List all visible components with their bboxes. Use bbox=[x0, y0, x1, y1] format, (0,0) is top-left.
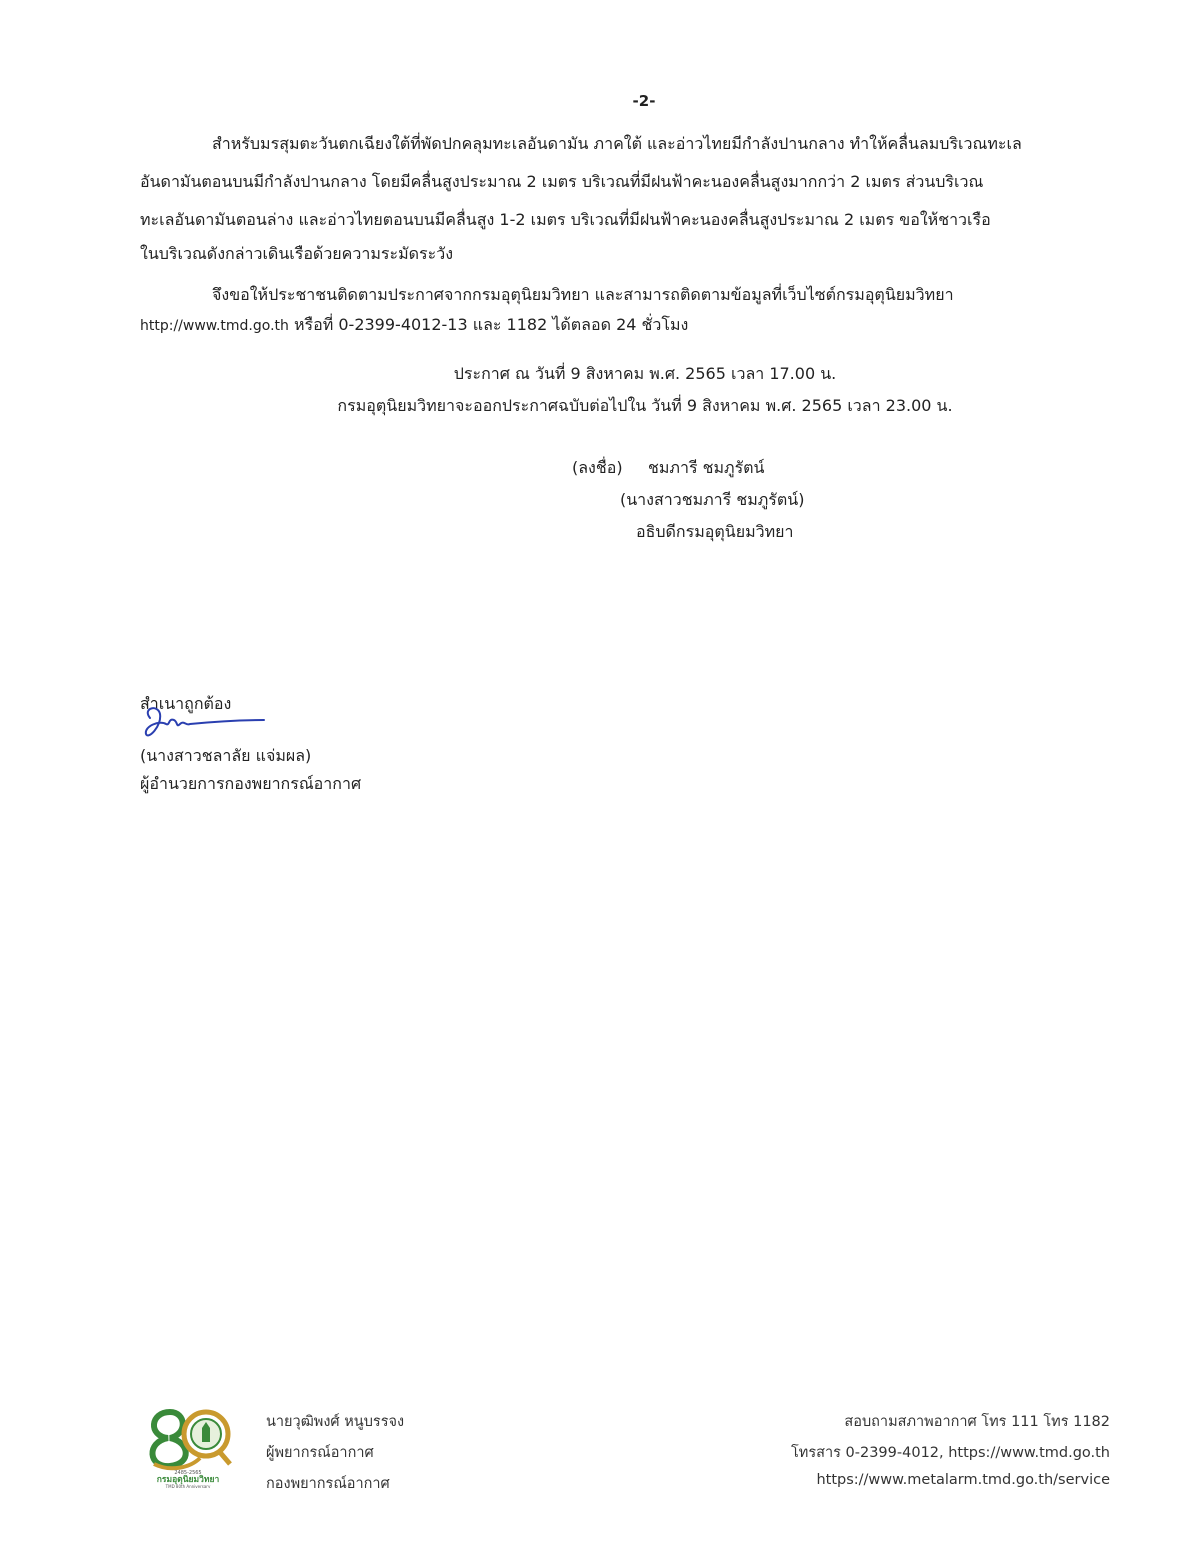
signed-label: (ลงชื่อ) bbox=[572, 456, 623, 481]
signed-name: ชมภารี ชมภูรัตน์ bbox=[648, 456, 765, 481]
paragraph-line: ในบริเวณดังกล่าวเดินเรือด้วยความระมัดระว… bbox=[140, 244, 453, 264]
signatory-full-name: (นางสาวชมภารี ชมภูรัตน์) bbox=[620, 488, 804, 513]
page-number: -2- bbox=[0, 92, 1200, 110]
weather-hotline: สอบถามสภาพอากาศ โทร 111 โทร 1182 bbox=[844, 1410, 1110, 1433]
paragraph-follow-line2: http://www.tmd.go.th หรือที่ 0-2399-4012… bbox=[140, 315, 688, 336]
forecaster-division: กองพยากรณ์อากาศ bbox=[266, 1472, 390, 1495]
svg-text:TMD 80th Anniversary: TMD 80th Anniversary bbox=[165, 1484, 211, 1488]
forecaster-position: ผู้พยากรณ์อากาศ bbox=[266, 1441, 374, 1464]
metalarm-service-link[interactable]: https://www.metalarm.tmd.go.th/service bbox=[816, 1472, 1110, 1488]
fax-and-website: โทรสาร 0-2399-4012, https://www.tmd.go.t… bbox=[791, 1441, 1110, 1464]
forecaster-name: นายวุฒิพงศ์ หนูบรรจง bbox=[266, 1410, 404, 1433]
signatory-title: อธิบดีกรมอุตุนิยมวิทยา bbox=[636, 520, 794, 545]
certifier-name: (นางสาวชลาลัย แจ่มผล) bbox=[140, 744, 311, 769]
tmd-80th-anniversary-logo-icon: 2485-2565 กรมอุตุนิยมวิทยา TMD 80th Anni… bbox=[140, 1402, 236, 1488]
paragraph-marine-warning: สำหรับมรสุมตะวันตกเฉียงใต้ที่พัดปกคลุมทะ… bbox=[140, 134, 1080, 264]
tmd-website-link[interactable]: http://www.tmd.go.th bbox=[140, 318, 289, 334]
paragraph-line: ทะเลอันดามันตอนล่าง และอ่าวไทยตอนบนมีคลื… bbox=[140, 210, 991, 230]
paragraph-follow-line1: จึงขอให้ประชาชนติดตามประกาศจากกรมอุตุนิย… bbox=[212, 285, 954, 305]
next-announcement: กรมอุตุนิยมวิทยาจะออกประกาศฉบับต่อไปใน ว… bbox=[0, 394, 1200, 419]
paragraph-line: อันดามันตอนบนมีกำลังปานกลาง โดยมีคลื่นสู… bbox=[140, 172, 983, 192]
handwritten-signature-icon bbox=[140, 700, 270, 748]
contact-text: หรือที่ 0-2399-4012-13 และ 1182 ได้ตลอด … bbox=[294, 315, 688, 334]
paragraph-line: สำหรับมรสุมตะวันตกเฉียงใต้ที่พัดปกคลุมทะ… bbox=[212, 134, 1022, 154]
issued-datetime: ประกาศ ณ วันที่ 9 สิงหาคม พ.ศ. 2565 เวลา… bbox=[0, 362, 1200, 387]
certifier-title: ผู้อำนวยการกองพยากรณ์อากาศ bbox=[140, 772, 361, 797]
